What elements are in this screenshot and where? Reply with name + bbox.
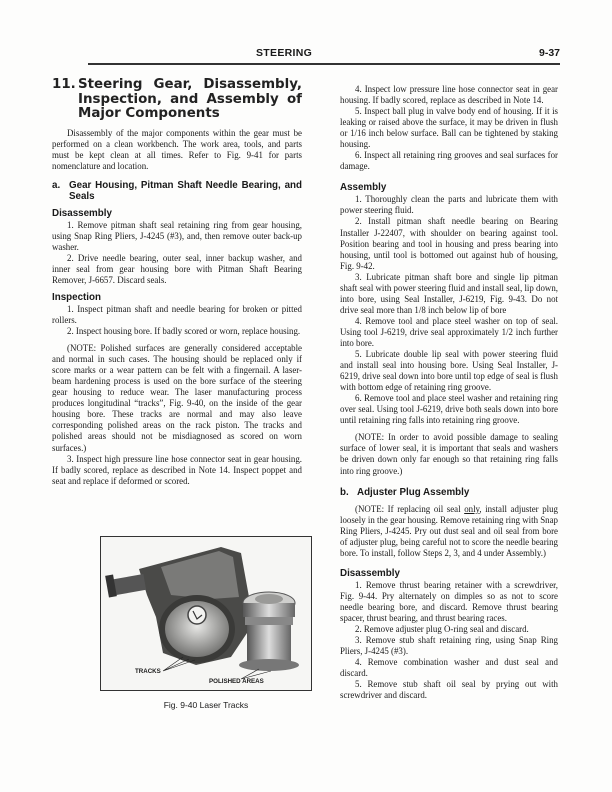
page-header: STEERING 9-37 — [88, 44, 560, 66]
steering-gear-photo — [101, 537, 311, 690]
step: 5. Inspect ball plug in valve body end o… — [340, 106, 558, 150]
step: 2. Drive needle bearing, outer seal, inn… — [52, 253, 302, 286]
assembly-heading: Assembly — [340, 182, 558, 193]
step: 2. Inspect housing bore. If badly scored… — [52, 326, 302, 337]
section-intro: Disassembly of the major components with… — [52, 128, 302, 172]
step: 4. Remove combination washer and dust se… — [340, 657, 558, 679]
step: 1. Thoroughly clean the parts and lubric… — [340, 194, 558, 216]
inspection-heading: Inspection — [52, 292, 302, 303]
assembly-note: (NOTE: In order to avoid possible damage… — [340, 432, 558, 476]
step: 6. Remove tool and place steel washer an… — [340, 393, 558, 426]
left-column: 11. Steering Gear, Disassembly, Inspecti… — [52, 78, 302, 487]
figure-caption: Fig. 9-40 Laser Tracks — [100, 700, 312, 710]
running-head-title: STEERING — [256, 47, 312, 59]
section-number: 11. — [52, 78, 78, 122]
inspection-note: (NOTE: Polished surfaces are generally c… — [52, 343, 302, 453]
subsection-title: Adjuster Plug Assembly — [357, 487, 469, 498]
disassembly-heading: Disassembly — [52, 208, 302, 219]
section-title: Steering Gear, Disassembly, Inspection, … — [78, 78, 302, 122]
step: 3. Lubricate pitman shaft bore and singl… — [340, 272, 558, 316]
subsection-title: Gear Housing, Pitman Shaft Needle Bearin… — [69, 180, 302, 202]
figure-laser-tracks: TRACKS POLISHED AREAS — [100, 536, 312, 691]
step: 1. Remove pitman shaft seal retaining ri… — [52, 220, 302, 253]
header-rule — [88, 63, 560, 65]
adjuster-note: (NOTE: If replacing oil seal only, insta… — [340, 504, 558, 559]
step: 1. Inspect pitman shaft and needle beari… — [52, 304, 302, 326]
step: 4. Remove tool and place steel washer on… — [340, 316, 558, 349]
note-text: (NOTE: If replacing oil seal — [355, 504, 464, 514]
right-column: 4. Inspect low pressure line hose connec… — [340, 84, 558, 701]
step: 2. Remove adjuster plug O-ring seal and … — [340, 624, 558, 635]
step: 5. Lubricate double lip seal with power … — [340, 349, 558, 393]
step: 2. Install pitman shaft needle bearing o… — [340, 216, 558, 271]
step: 6. Inspect all retaining ring grooves an… — [340, 150, 558, 172]
subsection-letter: b. — [340, 487, 357, 498]
subsection-b-heading: b. Adjuster Plug Assembly — [340, 487, 558, 498]
subsection-letter: a. — [52, 180, 69, 202]
step: 3. Inspect high pressure line hose conne… — [52, 454, 302, 487]
disassembly-heading: Disassembly — [340, 568, 558, 579]
page-number: 9-37 — [539, 47, 560, 59]
subsection-a-heading: a. Gear Housing, Pitman Shaft Needle Bea… — [52, 180, 302, 202]
step: 5. Remove stub shaft oil seal by prying … — [340, 679, 558, 701]
note-emphasis: only — [464, 504, 479, 514]
label-tracks: TRACKS — [135, 668, 161, 675]
section-heading: 11. Steering Gear, Disassembly, Inspecti… — [52, 78, 302, 122]
step: 3. Remove stub shaft retaining ring, usi… — [340, 635, 558, 657]
step: 1. Remove thrust bearing retainer with a… — [340, 580, 558, 624]
step: 4. Inspect low pressure line hose connec… — [340, 84, 558, 106]
label-polished-areas: POLISHED AREAS — [209, 678, 264, 685]
